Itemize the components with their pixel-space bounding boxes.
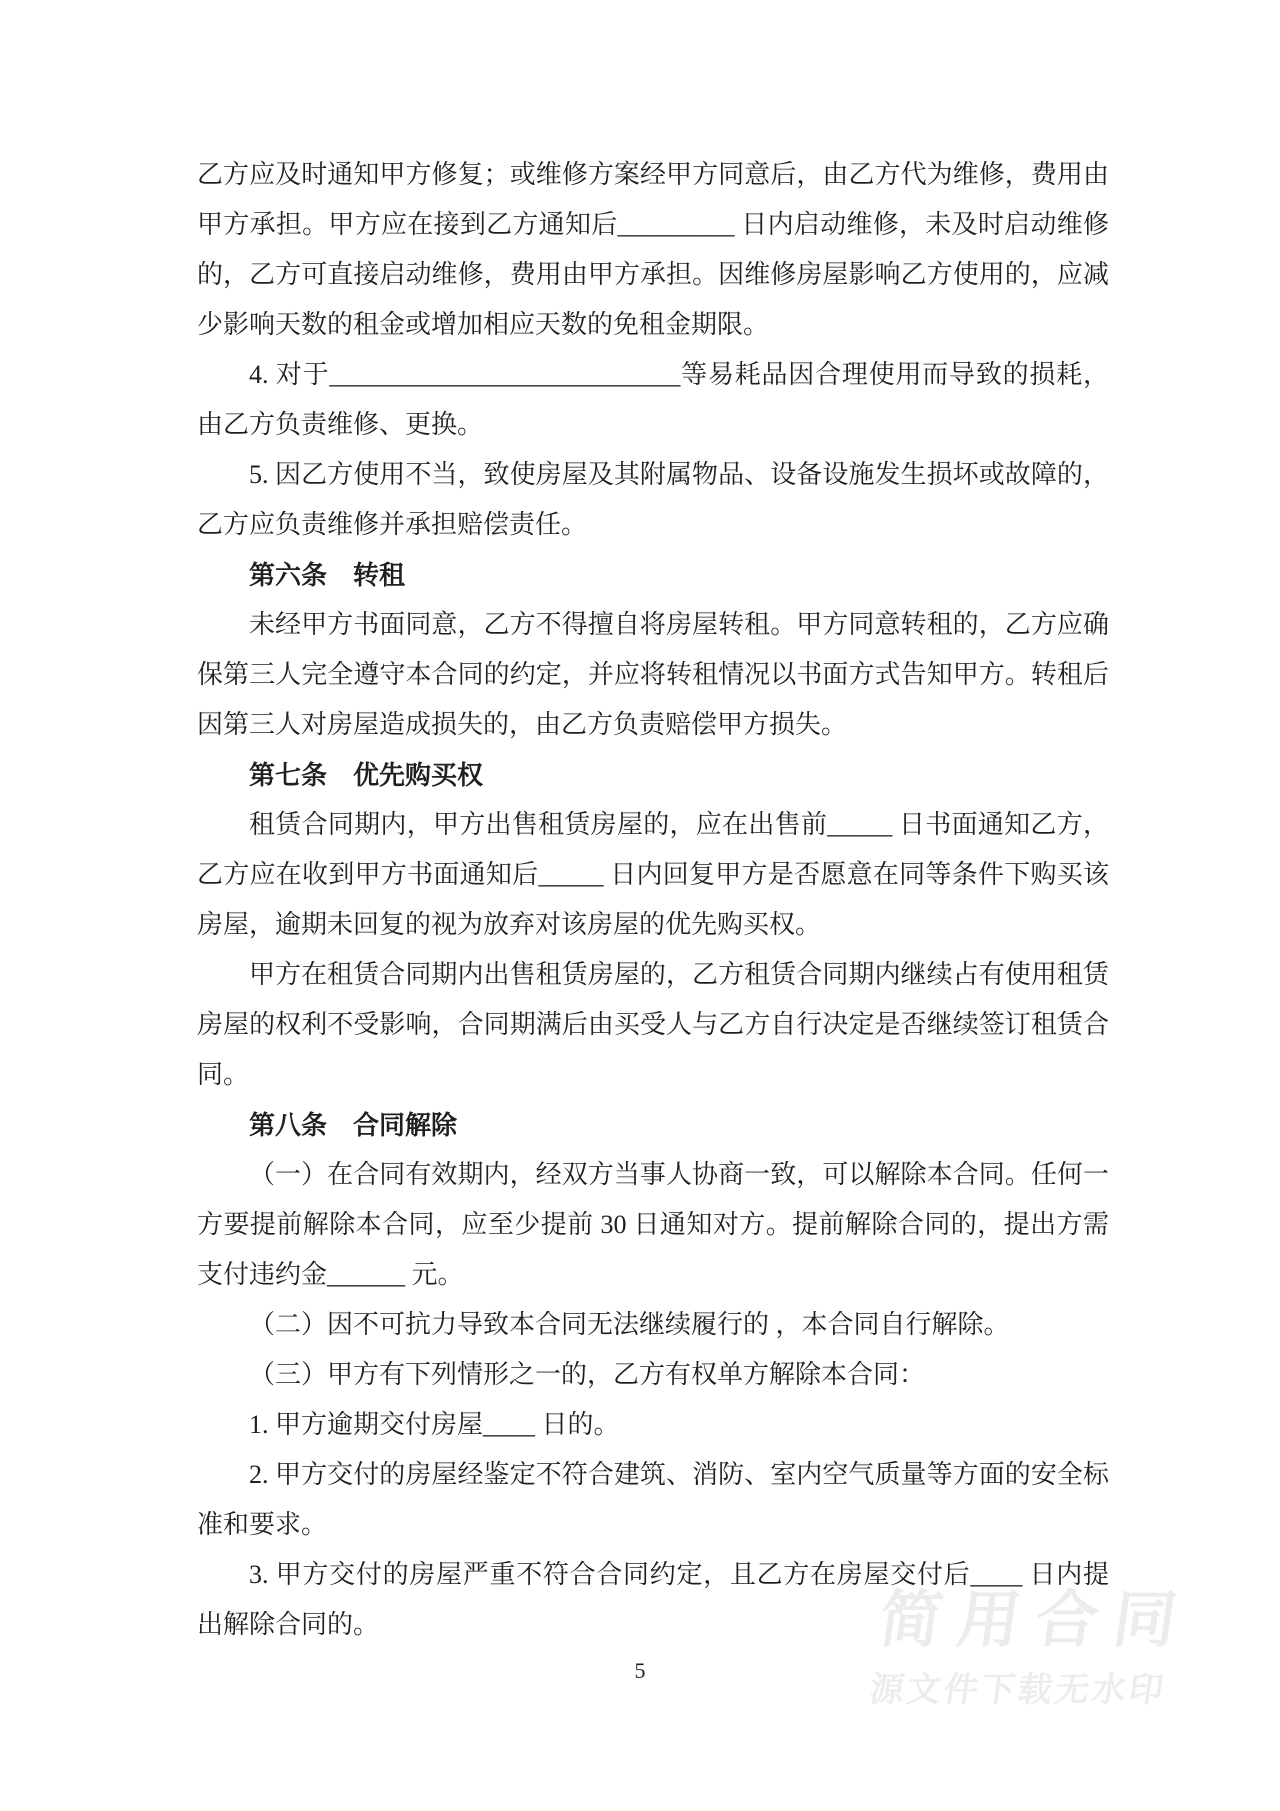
contract-paragraph: 1. 甲方逾期交付房屋____ 日的。	[197, 1400, 1109, 1450]
contract-paragraph: 4. 对于___________________________等易耗品因合理使…	[197, 350, 1109, 450]
section-heading: 第八条 合同解除	[197, 1100, 1109, 1150]
contract-paragraph: 5. 因乙方使用不当，致使房屋及其附属物品、设备设施发生损坏或故障的，乙方应负责…	[197, 450, 1109, 550]
contract-paragraph: （二）因不可抗力导致本合同无法继续履行的 ，本合同自行解除。	[197, 1300, 1109, 1350]
contract-paragraph: 乙方应及时通知甲方修复；或维修方案经甲方同意后，由乙方代为维修，费用由甲方承担。…	[197, 150, 1109, 350]
contract-paragraph: （三）甲方有下列情形之一的，乙方有权单方解除本合同：	[197, 1350, 1109, 1400]
contract-paragraph: 租赁合同期内，甲方出售租赁房屋的，应在出售前_____ 日书面通知乙方，乙方应在…	[197, 800, 1109, 950]
section-heading: 第七条 优先购买权	[197, 750, 1109, 800]
contract-body: 乙方应及时通知甲方修复；或维修方案经甲方同意后，由乙方代为维修，费用由甲方承担。…	[197, 150, 1109, 1650]
contract-paragraph: 未经甲方书面同意，乙方不得擅自将房屋转租。甲方同意转租的，乙方应确保第三人完全遵…	[197, 600, 1109, 750]
contract-page: 简用合同 源文件下载无水印 乙方应及时通知甲方修复；或维修方案经甲方同意后，由乙…	[0, 0, 1280, 1811]
contract-paragraph: （一）在合同有效期内，经双方当事人协商一致，可以解除本合同。任何一方要提前解除本…	[197, 1150, 1109, 1300]
section-heading: 第六条 转租	[197, 550, 1109, 600]
contract-paragraph: 3. 甲方交付的房屋严重不符合合同约定，且乙方在房屋交付后____ 日内提出解除…	[197, 1550, 1109, 1650]
contract-paragraph: 2. 甲方交付的房屋经鉴定不符合建筑、消防、室内空气质量等方面的安全标准和要求。	[197, 1450, 1109, 1550]
contract-paragraph: 甲方在租赁合同期内出售租赁房屋的，乙方租赁合同期内继续占有使用租赁房屋的权利不受…	[197, 950, 1109, 1100]
page-number: 5	[0, 1658, 1280, 1684]
